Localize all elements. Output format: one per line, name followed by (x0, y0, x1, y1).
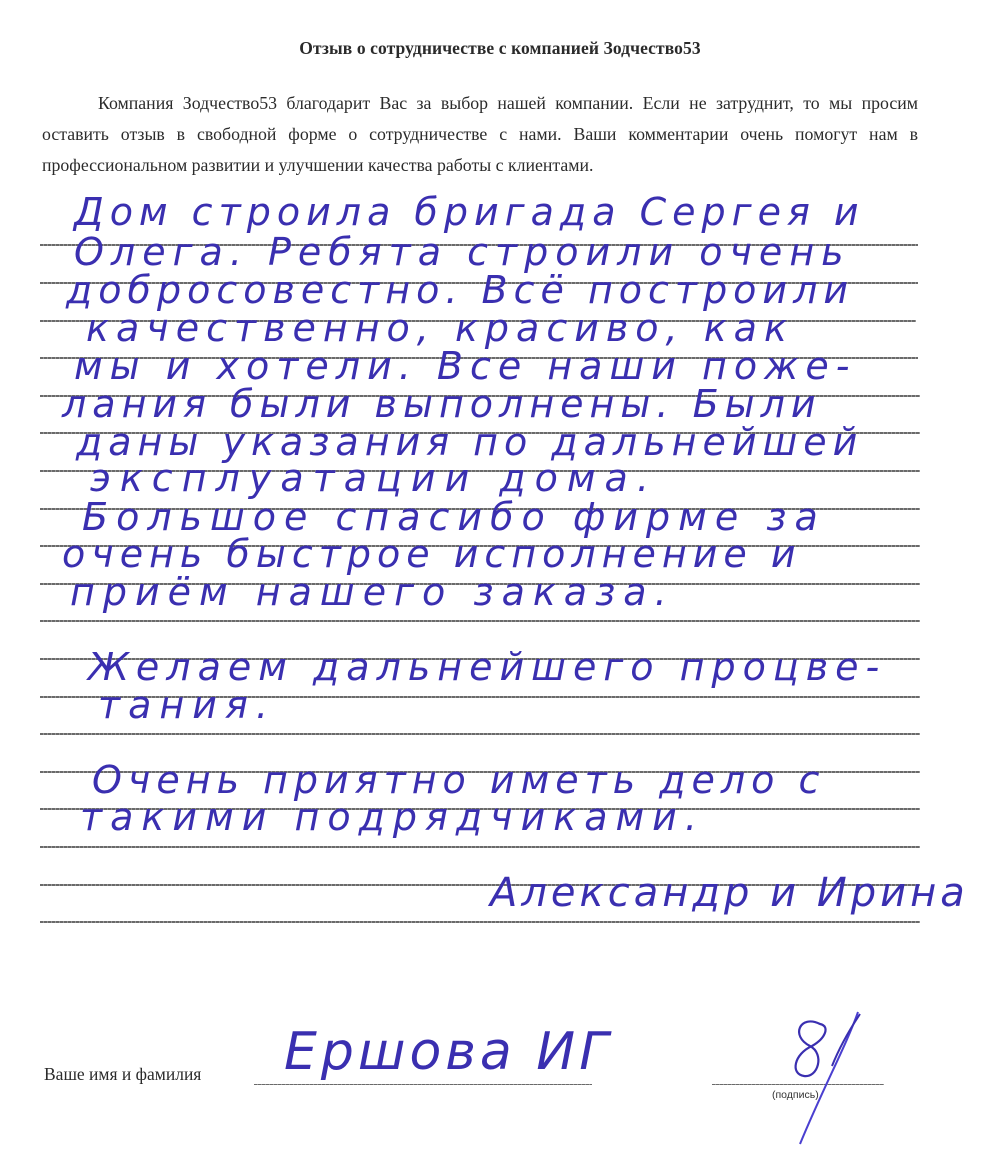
form-intro: Компания Зодчество53 благодарит Вас за в… (42, 88, 918, 181)
ruled-line (40, 620, 920, 622)
ruled-line (40, 921, 920, 923)
name-label: Ваше имя и фамилия (44, 1064, 201, 1085)
handwritten-line: Александр и Ирина (490, 870, 969, 916)
ruled-line (40, 846, 920, 848)
signature-icon (760, 1006, 870, 1146)
handwritten-line: Дом строила бригада Сергея и (74, 190, 865, 234)
name-handwritten: Ершова ИГ (284, 1022, 612, 1082)
handwritten-line: эксплуатации дома. (90, 456, 658, 500)
handwritten-line: такими подрядчиками. (80, 795, 705, 839)
form-title: Отзыв о сотрудничестве с компанией Зодче… (0, 38, 1000, 59)
intro-text: Компания Зодчество53 благодарит Вас за в… (42, 88, 918, 181)
handwritten-line: приём нашего заказа. (70, 570, 675, 614)
ruled-line (40, 733, 920, 735)
handwritten-line: тания. (98, 683, 276, 727)
name-underline (254, 1084, 592, 1085)
